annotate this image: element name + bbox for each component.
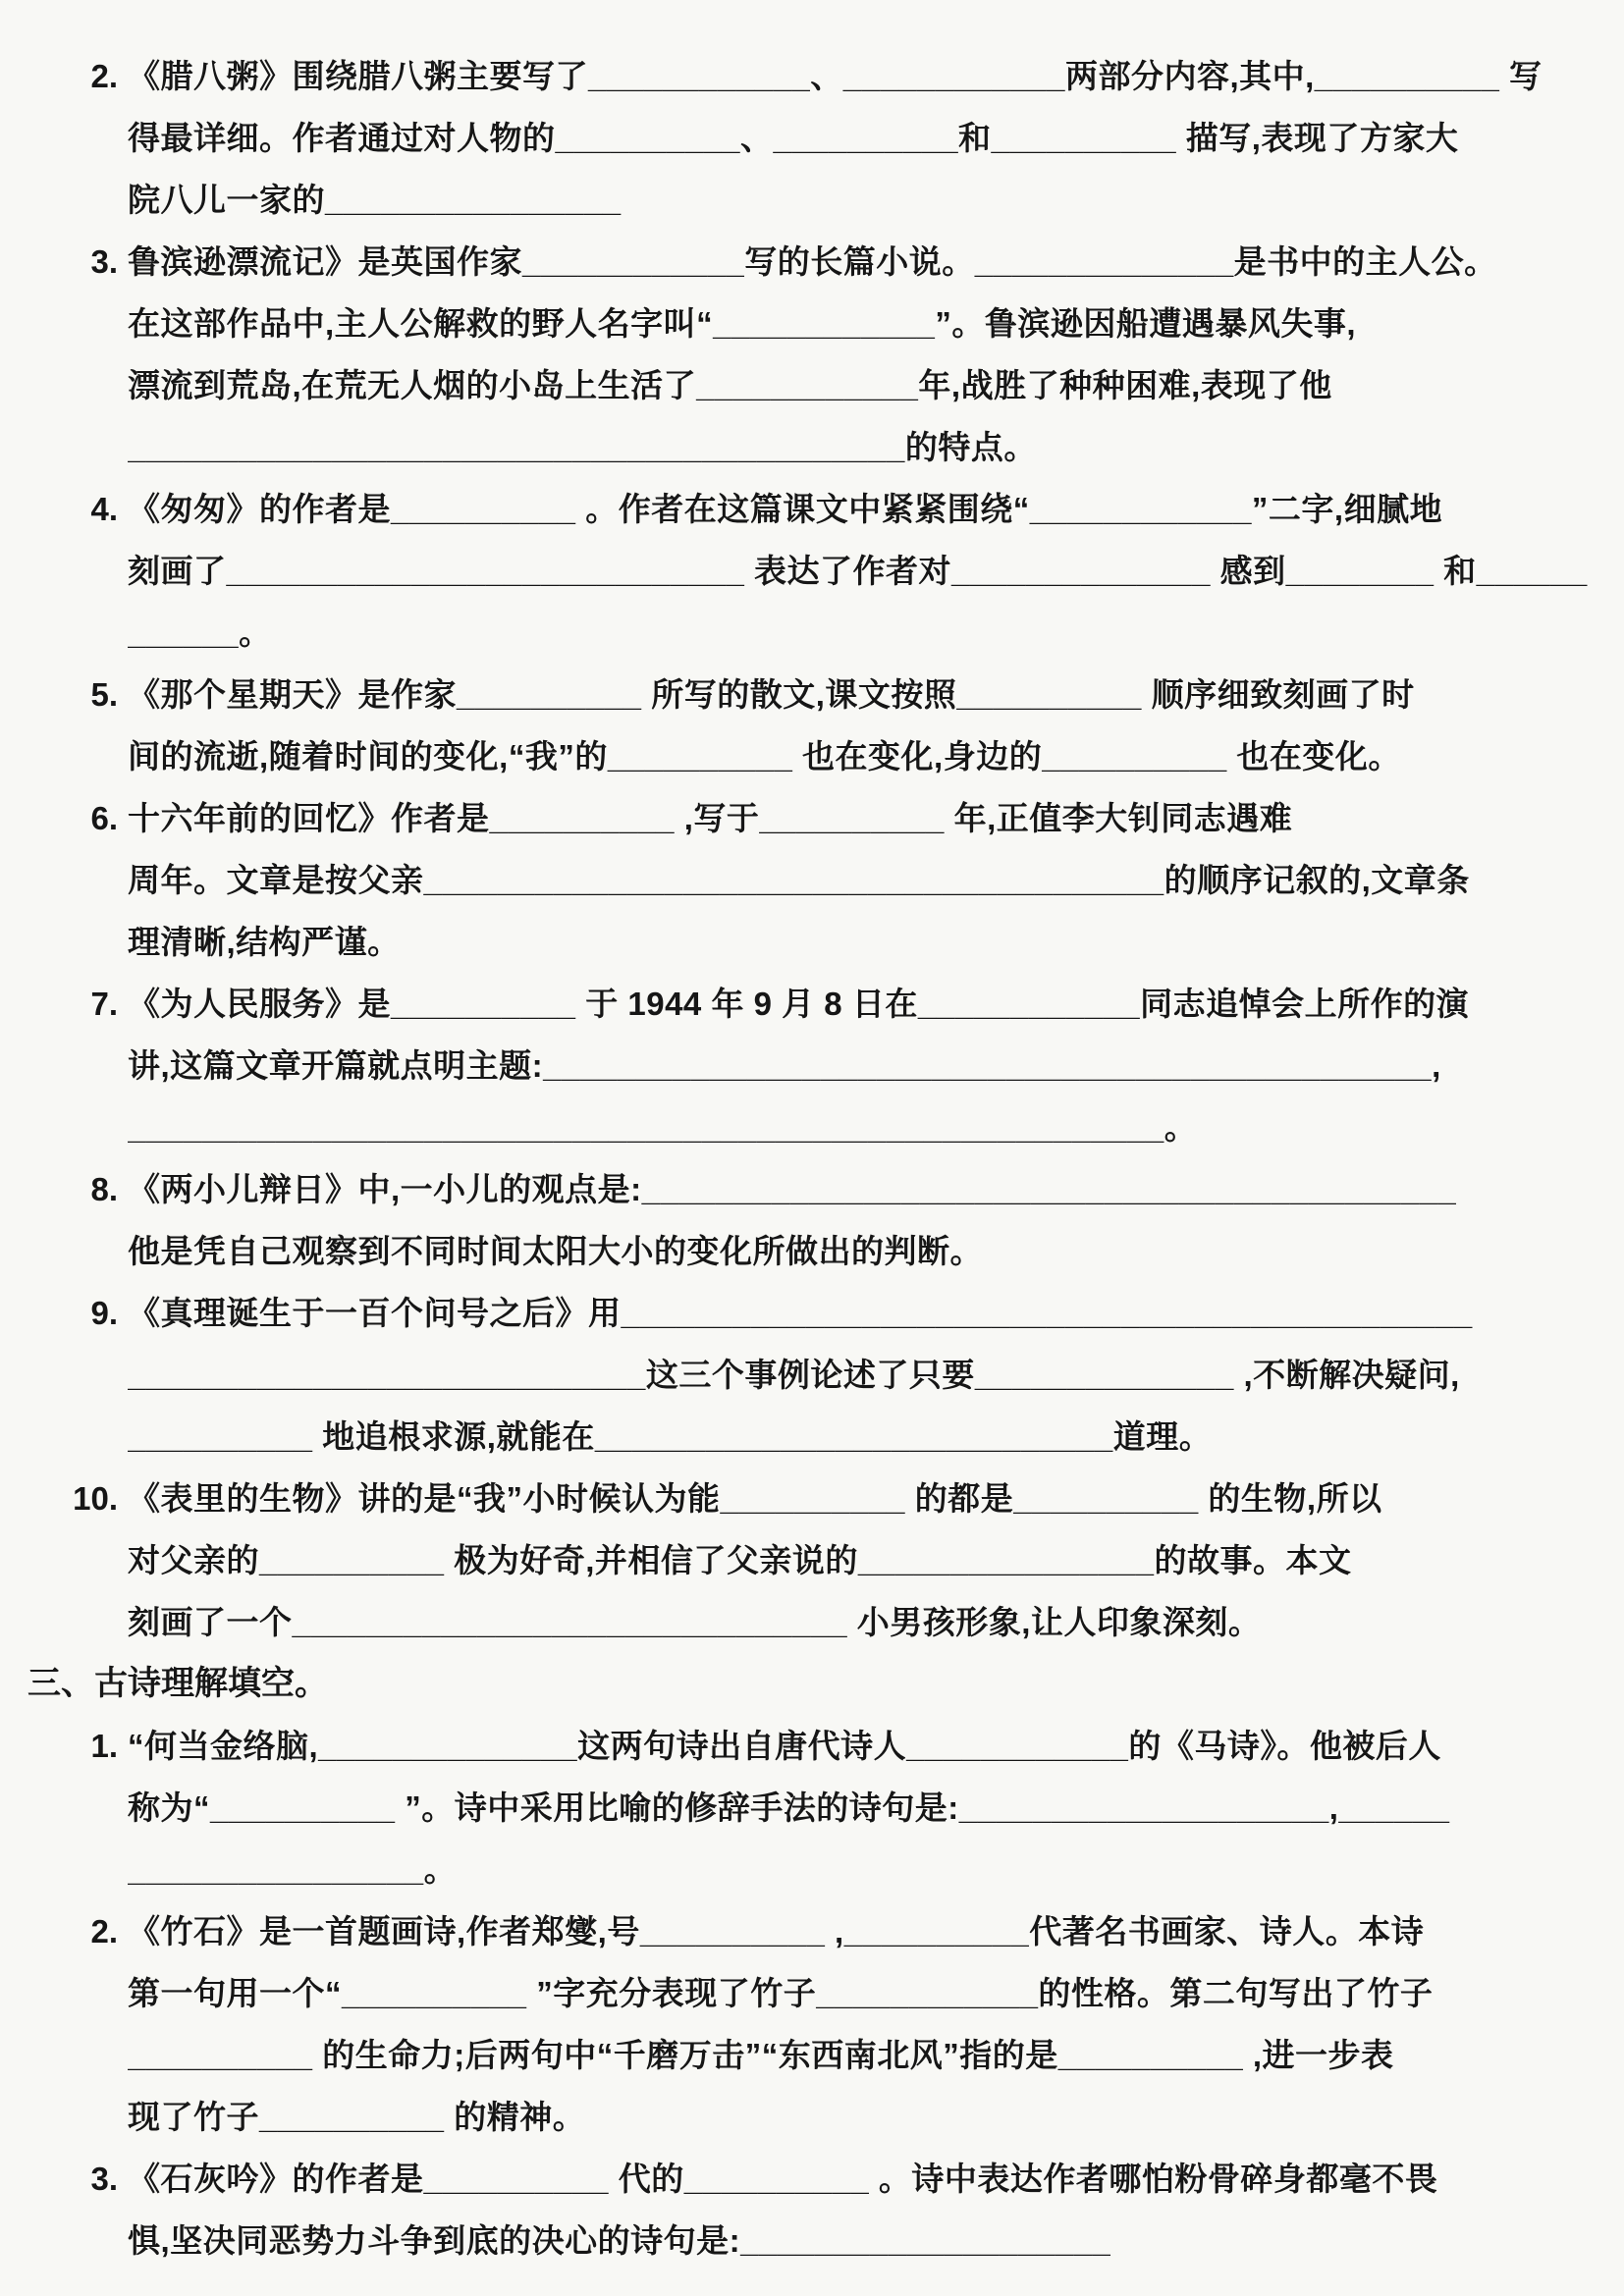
question-line: __________ 地追根求源,就能在____________________… — [128, 1406, 1600, 1468]
question-line: “何当金络脑,______________这两句诗出自唐代诗人_________… — [128, 1715, 1600, 1777]
question-number: 10. — [61, 1468, 128, 1529]
question-item: 2. 《腊八粥》围绕腊八粥主要写了____________、__________… — [61, 45, 1600, 231]
question-line: 《那个星期天》是作家__________ 所写的散文,课文按照_________… — [128, 664, 1600, 725]
question-line: 《石灰吟》的作者是__________ 代的__________ 。诗中表达作者… — [128, 2148, 1600, 2210]
question-line: 他是凭自己观察到不同时间太阳大小的变化所做出的判断。 — [128, 1220, 1600, 1282]
question-item: 4. 《匆匆》的作者是__________ 。作者在这篇课文中紧紧围绕“____… — [61, 478, 1600, 664]
question-line: ________________。 — [128, 1839, 1600, 1900]
question-lines: 十六年前的回忆》作者是__________ ,写于__________ 年,正值… — [128, 787, 1600, 973]
worksheet-section: 2. 《腊八粥》围绕腊八粥主要写了____________、__________… — [61, 45, 1600, 1653]
question-line: 第一句用一个“__________ ”字充分表现了竹子____________的… — [128, 1962, 1600, 2024]
question-line: __________ 的生命力;后两句中“千磨万击”“东西南北风”指的是____… — [128, 2024, 1600, 2086]
question-lines: 《两小儿辩日》中,一小儿的观点是:_______________________… — [128, 1158, 1600, 1282]
question-line: 漂流到荒岛,在荒无人烟的小岛上生活了____________年,战胜了种种困难,… — [128, 354, 1600, 416]
question-line: 惧,坚决同恶势力斗争到底的决心的诗句是:____________________ — [128, 2210, 1600, 2271]
question-line: 得最详细。作者通过对人物的__________、__________和_____… — [128, 107, 1600, 169]
worksheet-section: 三、古诗理解填空。 1. “何当金络脑,______________这两句诗出自… — [61, 1653, 1600, 2271]
question-lines: 《匆匆》的作者是__________ 。作者在这篇课文中紧紧围绕“_______… — [128, 478, 1600, 664]
question-lines: 《腊八粥》围绕腊八粥主要写了____________、____________两… — [128, 45, 1600, 231]
question-line: ________________________________________… — [128, 1096, 1600, 1158]
worksheet-page: 2. 《腊八粥》围绕腊八粥主要写了____________、__________… — [0, 0, 1624, 2296]
question-line: 讲,这篇文章开篇就点明主题:__________________________… — [128, 1035, 1600, 1096]
question-lines: 《表里的生物》讲的是“我”小时候认为能__________ 的都是_______… — [128, 1468, 1600, 1653]
question-line: 在这部作品中,主人公解救的野人名字叫“____________”。鲁滨逊因船遭遇… — [128, 293, 1600, 354]
question-line: 刻画了____________________________ 表达了作者对__… — [128, 540, 1600, 602]
question-number: 8. — [61, 1158, 128, 1220]
question-line: 《真理诞生于一百个问号之后》用_________________________… — [128, 1282, 1600, 1344]
question-line: ______。 — [128, 602, 1600, 664]
question-number: 1. — [61, 1715, 128, 1777]
question-item: 5. 《那个星期天》是作家__________ 所写的散文,课文按照______… — [61, 664, 1600, 787]
section-heading: 三、古诗理解填空。 — [27, 1653, 1600, 1715]
question-item: 1. “何当金络脑,______________这两句诗出自唐代诗人______… — [61, 1715, 1600, 1900]
question-number: 6. — [61, 787, 128, 849]
question-item: 3. 鲁滨逊漂流记》是英国作家____________写的长篇小说。______… — [61, 231, 1600, 478]
question-lines: 《真理诞生于一百个问号之后》用_________________________… — [128, 1282, 1600, 1468]
question-item: 10. 《表里的生物》讲的是“我”小时候认为能__________ 的都是___… — [61, 1468, 1600, 1653]
question-lines: 《那个星期天》是作家__________ 所写的散文,课文按照_________… — [128, 664, 1600, 787]
question-line: 《腊八粥》围绕腊八粥主要写了____________、____________两… — [128, 45, 1600, 107]
question-number: 5. — [61, 664, 128, 725]
question-line: 《竹石》是一首题画诗,作者郑燮,号__________ ,__________代… — [128, 1900, 1600, 1962]
question-item: 8. 《两小儿辩日》中,一小儿的观点是:____________________… — [61, 1158, 1600, 1282]
question-number: 2. — [61, 1900, 128, 1962]
question-item: 3. 《石灰吟》的作者是__________ 代的__________ 。诗中表… — [61, 2148, 1600, 2271]
sections-root: 2. 《腊八粥》围绕腊八粥主要写了____________、__________… — [61, 45, 1600, 2271]
question-number: 3. — [61, 2148, 128, 2210]
section-questions: 2. 《腊八粥》围绕腊八粥主要写了____________、__________… — [61, 45, 1600, 1653]
section-questions: 1. “何当金络脑,______________这两句诗出自唐代诗人______… — [61, 1715, 1600, 2271]
question-line: 《两小儿辩日》中,一小儿的观点是:_______________________… — [128, 1158, 1600, 1220]
question-line: ____________________________这三个事例论述了只要__… — [128, 1344, 1600, 1406]
question-lines: 《竹石》是一首题画诗,作者郑燮,号__________ ,__________代… — [128, 1900, 1600, 2148]
question-line: 《为人民服务》是__________ 于 1944 年 9 月 8 日在____… — [128, 973, 1600, 1035]
question-line: 《表里的生物》讲的是“我”小时候认为能__________ 的都是_______… — [128, 1468, 1600, 1529]
question-item: 6. 十六年前的回忆》作者是__________ ,写于__________ 年… — [61, 787, 1600, 973]
question-number: 2. — [61, 45, 128, 107]
question-lines: 《为人民服务》是__________ 于 1944 年 9 月 8 日在____… — [128, 973, 1600, 1158]
question-item: 7. 《为人民服务》是__________ 于 1944 年 9 月 8 日在_… — [61, 973, 1600, 1158]
question-line: 十六年前的回忆》作者是__________ ,写于__________ 年,正值… — [128, 787, 1600, 849]
question-line: 周年。文章是按父亲_______________________________… — [128, 849, 1600, 911]
question-line: 称为“__________ ”。诗中采用比喻的修辞手法的诗句是:________… — [128, 1777, 1600, 1839]
question-line: 院八儿一家的________________ — [128, 169, 1600, 231]
question-line: 间的流逝,随着时间的变化,“我”的__________ 也在变化,身边的____… — [128, 725, 1600, 787]
question-line: 现了竹子__________ 的精神。 — [128, 2086, 1600, 2148]
question-line: 对父亲的__________ 极为好奇,并相信了父亲说的____________… — [128, 1529, 1600, 1591]
question-lines: 鲁滨逊漂流记》是英国作家____________写的长篇小说。_________… — [128, 231, 1600, 478]
question-line: 刻画了一个______________________________ 小男孩形… — [128, 1591, 1600, 1653]
question-item: 2. 《竹石》是一首题画诗,作者郑燮,号__________ ,________… — [61, 1900, 1600, 2148]
question-number: 4. — [61, 478, 128, 540]
question-number: 3. — [61, 231, 128, 293]
question-line: 理清晰,结构严谨。 — [128, 911, 1600, 973]
question-line: 鲁滨逊漂流记》是英国作家____________写的长篇小说。_________… — [128, 231, 1600, 293]
question-lines: “何当金络脑,______________这两句诗出自唐代诗人_________… — [128, 1715, 1600, 1900]
question-lines: 《石灰吟》的作者是__________ 代的__________ 。诗中表达作者… — [128, 2148, 1600, 2271]
question-number: 9. — [61, 1282, 128, 1344]
question-line: ________________________________________… — [128, 416, 1600, 478]
question-item: 9. 《真理诞生于一百个问号之后》用______________________… — [61, 1282, 1600, 1468]
question-number: 7. — [61, 973, 128, 1035]
question-line: 《匆匆》的作者是__________ 。作者在这篇课文中紧紧围绕“_______… — [128, 478, 1600, 540]
